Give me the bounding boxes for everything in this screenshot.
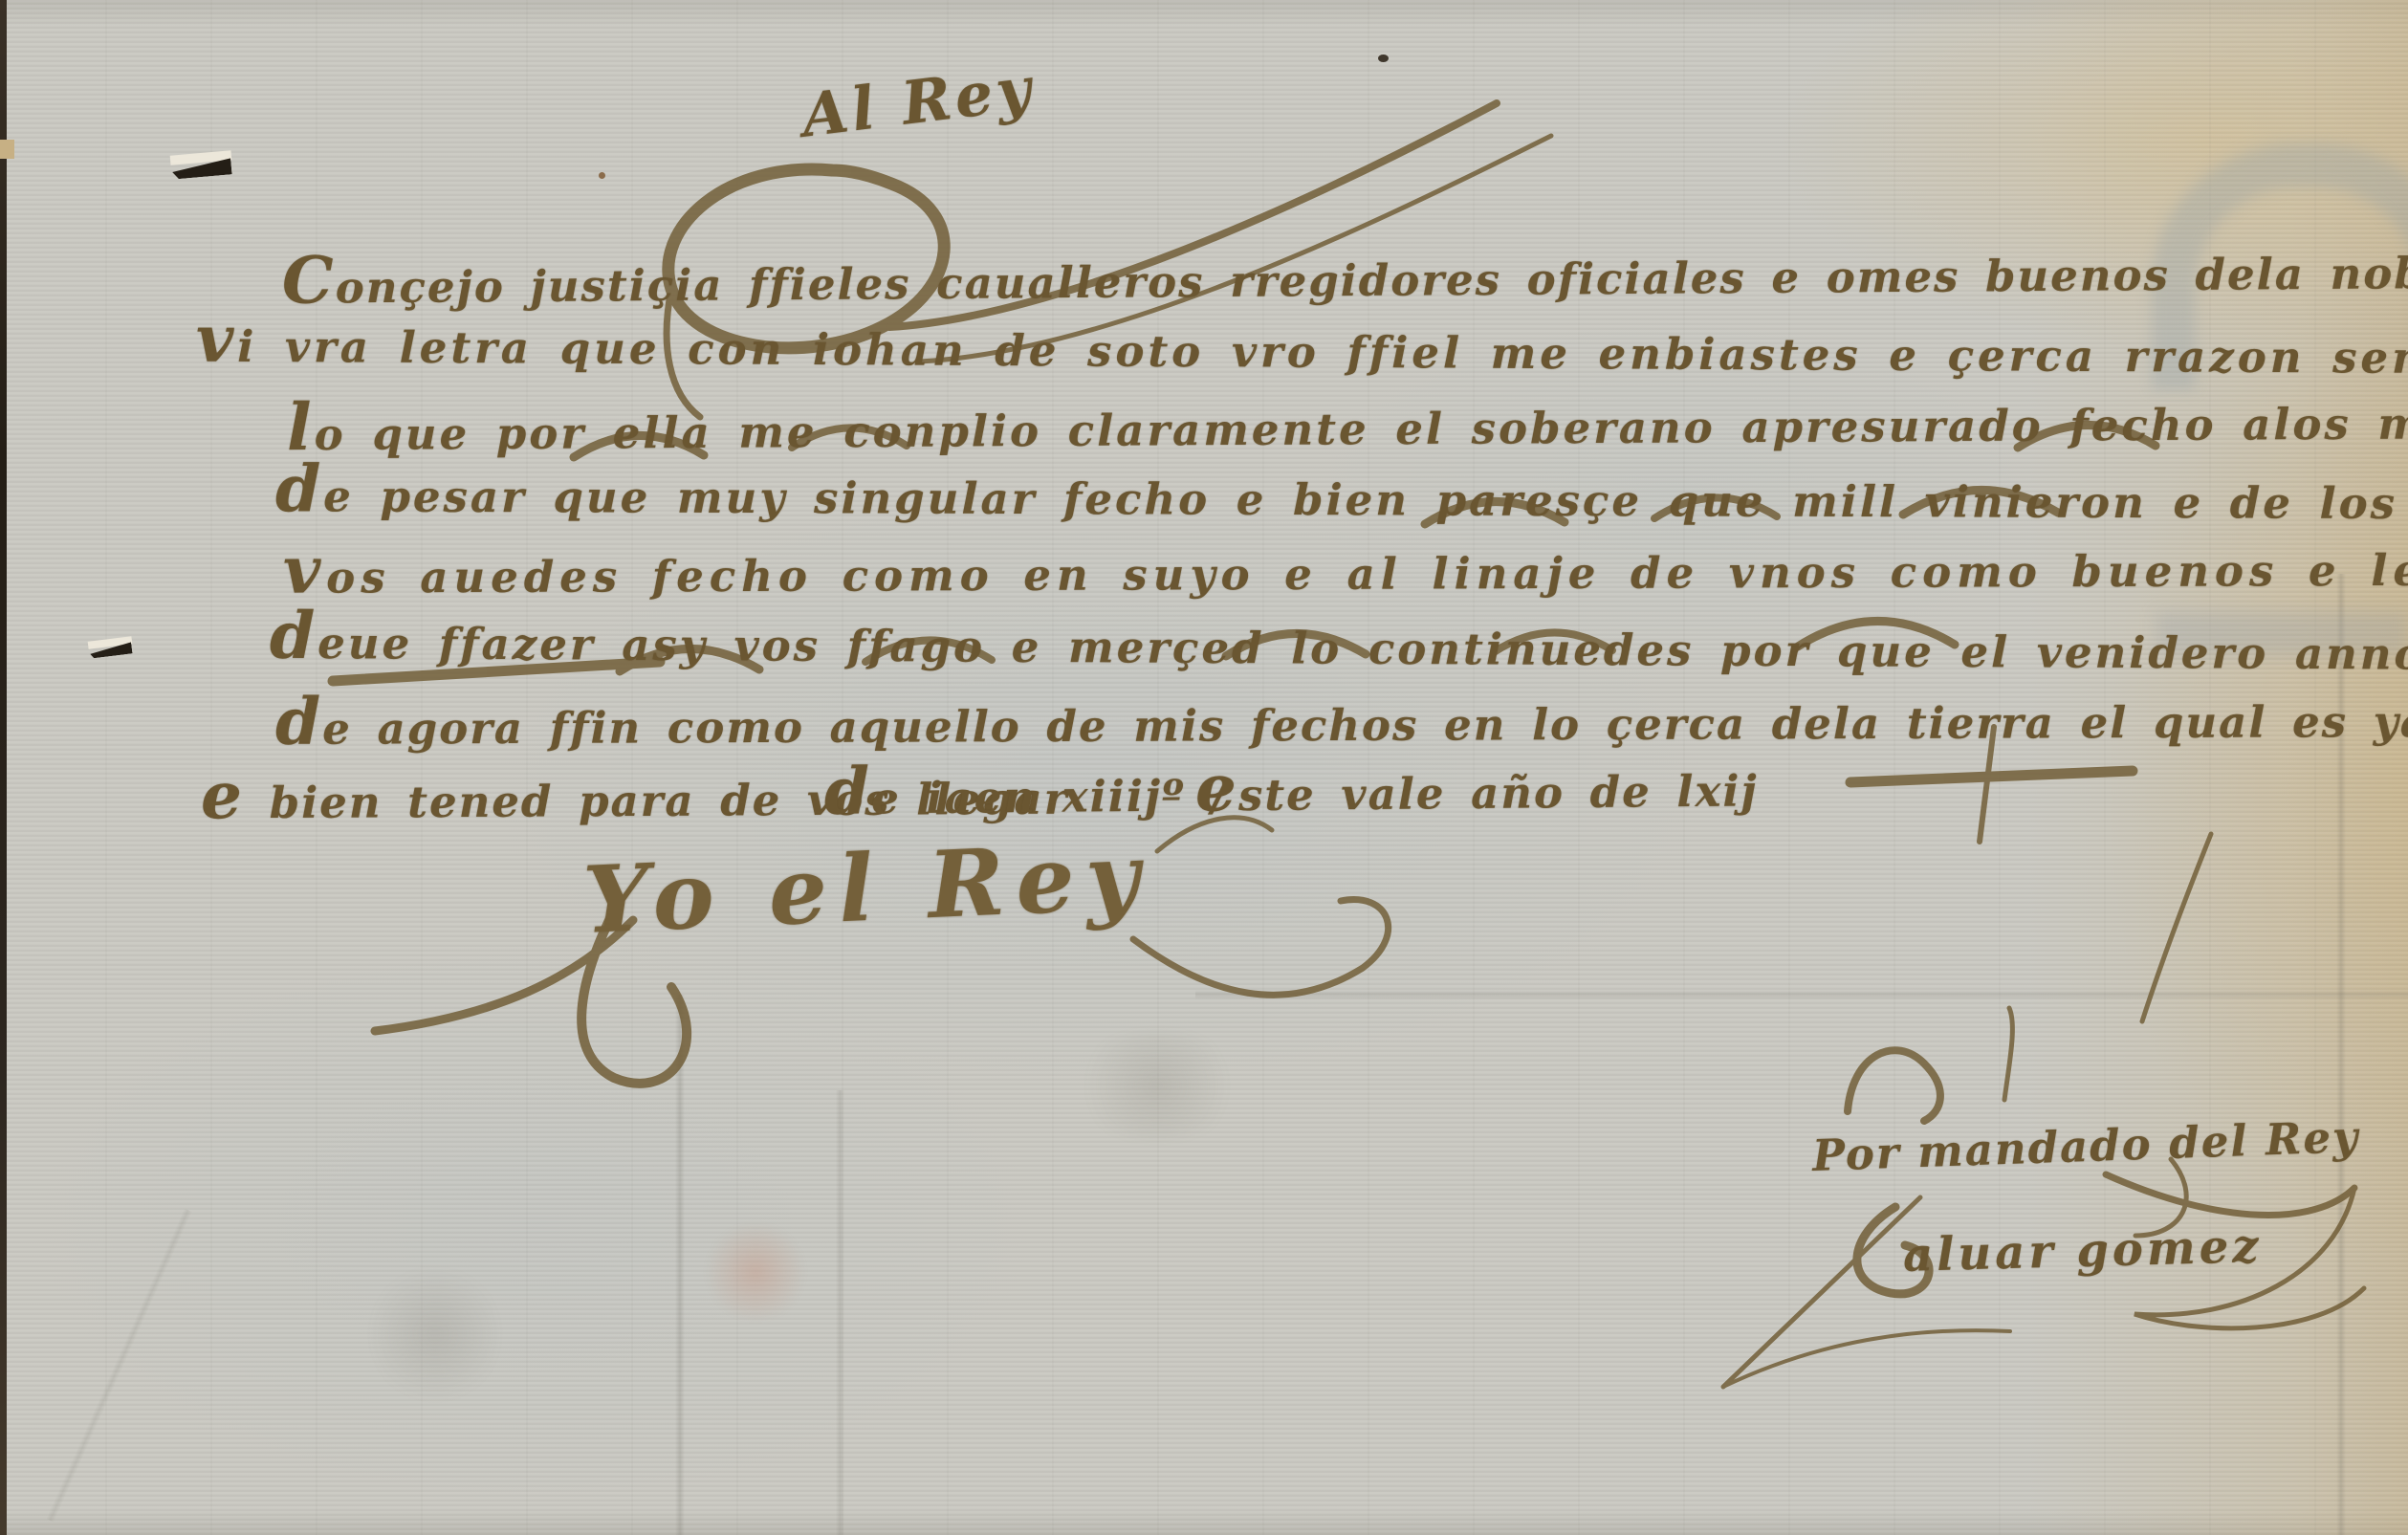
vertical-crease (675, 995, 685, 1535)
manuscript-letter-photo: Al Rey Conçejo justiçia ffieles caualler… (0, 0, 2408, 1535)
horizontal-crease (1195, 990, 2408, 999)
rust-stain (703, 1224, 808, 1320)
body-line: vi vra letra que con iohan de soto vro f… (196, 309, 2408, 392)
vertical-crease (836, 1090, 844, 1535)
date-line-place: de iaen xiiijº / (824, 757, 1229, 830)
show-through-mark (373, 1262, 497, 1406)
left-edge-notch (0, 140, 14, 159)
body-line: lo que por ella me conplio claramente el… (287, 384, 2408, 466)
body-line: de agora ffin como aquello de mis fechos… (275, 682, 2408, 760)
body-line: vos auedes fecho como en suyo e al linaj… (283, 531, 2408, 608)
ink-speck (1378, 55, 1389, 62)
secretary-signature: aluar gomez (1902, 1219, 2263, 1283)
show-through-mark (1071, 1033, 1243, 1138)
body-line: de pesar que muy singular fecho e bien p… (275, 458, 2408, 536)
left-paper-edge (0, 0, 7, 1535)
date-line-year: este vale año de lxij (1195, 753, 1759, 826)
rust-dot (599, 172, 605, 179)
body-line: deue ffazer asy vos ffago e merçed lo co… (270, 605, 2408, 688)
